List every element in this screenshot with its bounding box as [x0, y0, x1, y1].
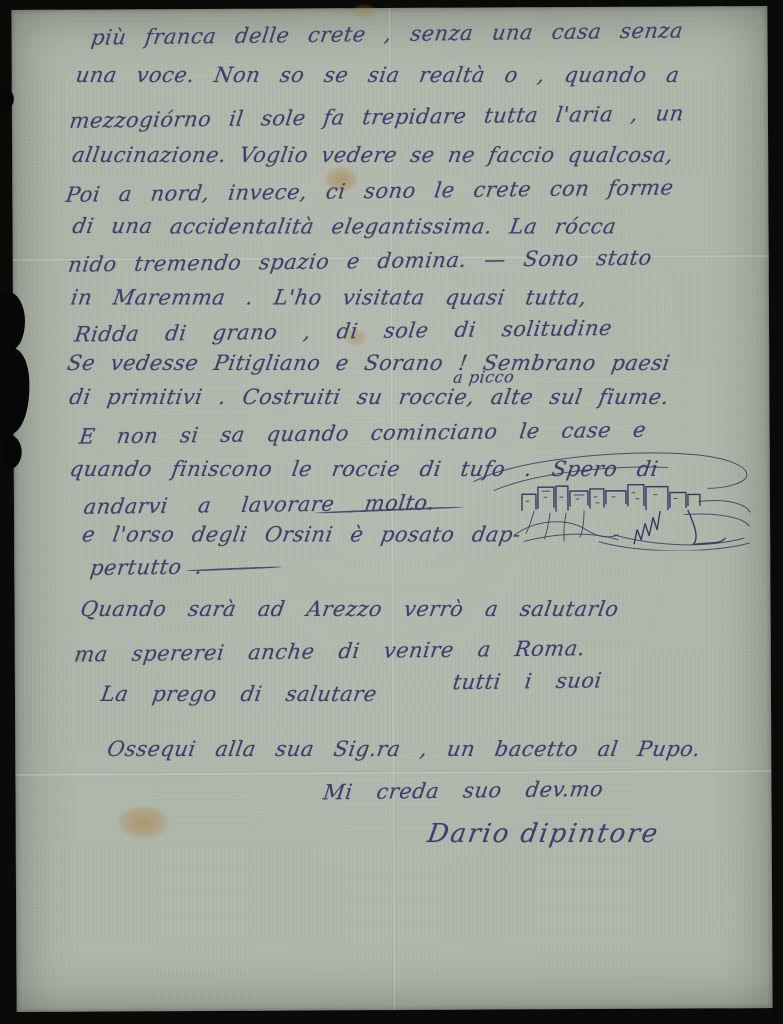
handwritten-line: Poi a nord, invece, ci sono le crete con… [65, 175, 676, 206]
village-sketch [466, 446, 753, 551]
ink-stain [351, 4, 377, 18]
paper-edge-tear [2, 88, 14, 110]
handwritten-line: Se vedesse Pitigliano e Sorano ! Sembran… [66, 351, 672, 375]
handwritten-insertion: a picco [452, 367, 516, 387]
handwritten-line: pertutto . [89, 555, 204, 580]
handwritten-line: di primitivi . Costruiti su roccie, alte… [68, 385, 671, 409]
handwritten-line: in Maremma . L'ho visitata quasi tutta, [69, 285, 588, 309]
handwritten-line: ma spererei anche di venire a Roma. [73, 636, 587, 666]
handwritten-line: Ossequi alla sua Sig.ra , un bacetto al … [106, 737, 703, 761]
handwritten-line: di una accidentalità elegantissima. La r… [71, 214, 618, 238]
handwritten-line: più franca delle crete , senza una casa … [90, 18, 685, 49]
handwritten-line: E non si sa quando cominciano le case e [78, 418, 648, 449]
scanned-letter-background: più franca delle crete , senza una casa … [0, 0, 783, 1024]
handwritten-line: e l'orso degli Orsini è posato dap- [80, 522, 522, 546]
paper-edge-tear [1, 348, 29, 434]
handwritten-line: tutti i suoi [451, 668, 603, 694]
handwritten-line: nido tremendo spazio e domina. — Sono st… [67, 246, 654, 277]
signature: Dario dipintore [425, 819, 661, 849]
handwritten-line: La prego di salutare [99, 682, 379, 706]
handwritten-line: mezzogiórno il sole fa trepidare tutta l… [68, 101, 685, 133]
handwritten-line: andarvi a lavorare molto. [82, 491, 436, 519]
ink-stain [118, 805, 170, 839]
handwritten-line: allucinazione. Voglio vedere se ne facci… [70, 143, 675, 167]
handwritten-line: Ridda di grano , di sole di solitudine [73, 316, 613, 347]
handwritten-line: una voce. Non so se sia realtà o , quand… [74, 63, 681, 87]
handwritten-line: Mi creda suo dev.mo [322, 777, 605, 804]
letter-paper: più franca delle crete , senza una casa … [11, 6, 772, 1012]
paper-edge-tear [1, 292, 25, 350]
paper-edge-tear [4, 434, 22, 470]
handwritten-line: Quando sarà ad Arezzo verrò a salutarlo [79, 597, 621, 621]
